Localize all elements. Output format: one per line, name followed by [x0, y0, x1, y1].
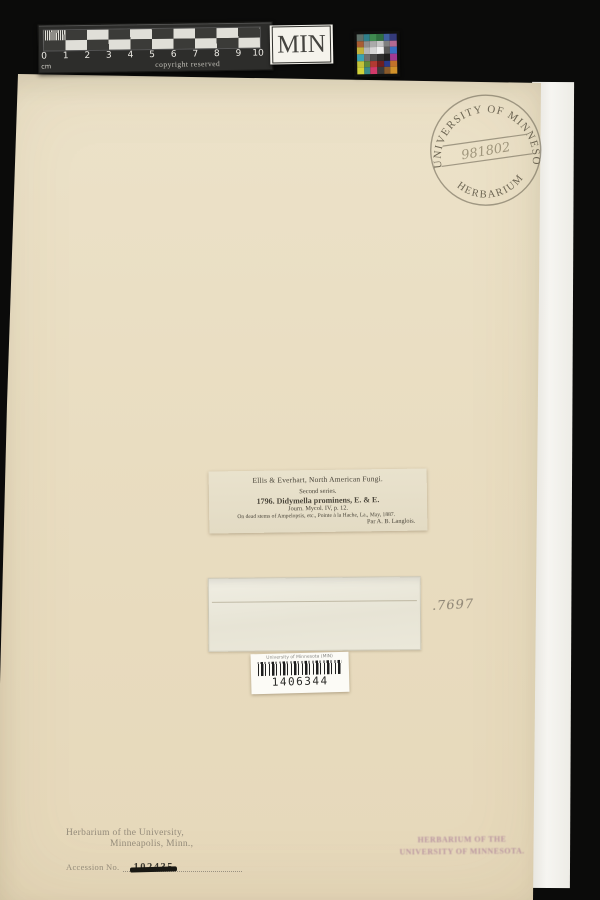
purple-stamp-line2: UNIVERSITY OF MINNESOTA.: [396, 845, 528, 858]
ruler-tick-label: 5: [143, 50, 161, 60]
ruler-tick-label: 7: [186, 49, 204, 59]
ruler-tick-label: 0: [35, 51, 53, 61]
ruler-tick-label: 1: [57, 51, 75, 61]
scale-ruler: 0 1 2 3 4 5 6 7 8 9 10 cm copyright rese…: [38, 21, 274, 73]
color-calibration-card: [354, 31, 401, 78]
university-round-stamp: UNIVERSITY OF MINNESOTA HERBARIUM 981802: [418, 84, 556, 220]
herbarium-imprint: Herbarium of the University, Minneapolis…: [66, 828, 242, 872]
imprint-line2: Minneapolis, Minn.,: [110, 839, 242, 849]
imprint-line1: Herbarium of the University,: [66, 828, 242, 838]
ruler-tick-label: 10: [249, 48, 267, 58]
color-swatch: [391, 67, 398, 74]
ruler-mm-hatch: [44, 30, 66, 40]
institution-code-frame: MIN: [272, 25, 332, 63]
institution-code-card: MIN: [270, 24, 334, 64]
specimen-label: Ellis & Everhart, North American Fungi. …: [209, 468, 428, 533]
barcode-number: 1406344: [251, 674, 349, 690]
ruler-tick-label: 8: [208, 49, 226, 59]
accession-label: Accession No.: [66, 862, 119, 872]
ruler-tick-label: 6: [165, 50, 183, 60]
ruler-tick-label: 3: [100, 51, 118, 61]
pencil-number: .7697: [432, 597, 475, 614]
barcode-label: University of Minnesota (MIN) 1406344: [250, 652, 349, 695]
accession-dotted-line: 102435: [123, 860, 242, 872]
ruler-tick-label: 4: [121, 50, 139, 60]
fragment-packet: [208, 576, 422, 652]
institution-code-label: MIN: [277, 30, 326, 59]
ruler-tick-label: 9: [229, 49, 247, 59]
ruler-unit-label: cm: [41, 62, 51, 70]
stamp-arc-top-text: UNIVERSITY OF MINNESOTA: [418, 84, 543, 182]
accession-number-struck: 102435: [133, 862, 174, 873]
color-card-grid: [357, 34, 398, 75]
ruler-copyright-text: copyright reserved: [155, 59, 220, 69]
label-series-title: Ellis & Everhart, North American Fungi.: [209, 473, 427, 485]
stamp-arc-bottom-text: HERBARIUM: [454, 171, 529, 205]
ruler-tick-label: 2: [78, 51, 96, 61]
purple-ownership-stamp: HERBARIUM OF THE UNIVERSITY OF MINNESOTA…: [396, 833, 528, 858]
ruler-scale-bar: [44, 28, 260, 51]
herbarium-sheet-scan: 0 1 2 3 4 5 6 7 8 9 10 cm copyright rese…: [0, 0, 600, 900]
accession-row: Accession No. 102435: [66, 860, 242, 872]
packet-fold-crease: [212, 600, 417, 603]
